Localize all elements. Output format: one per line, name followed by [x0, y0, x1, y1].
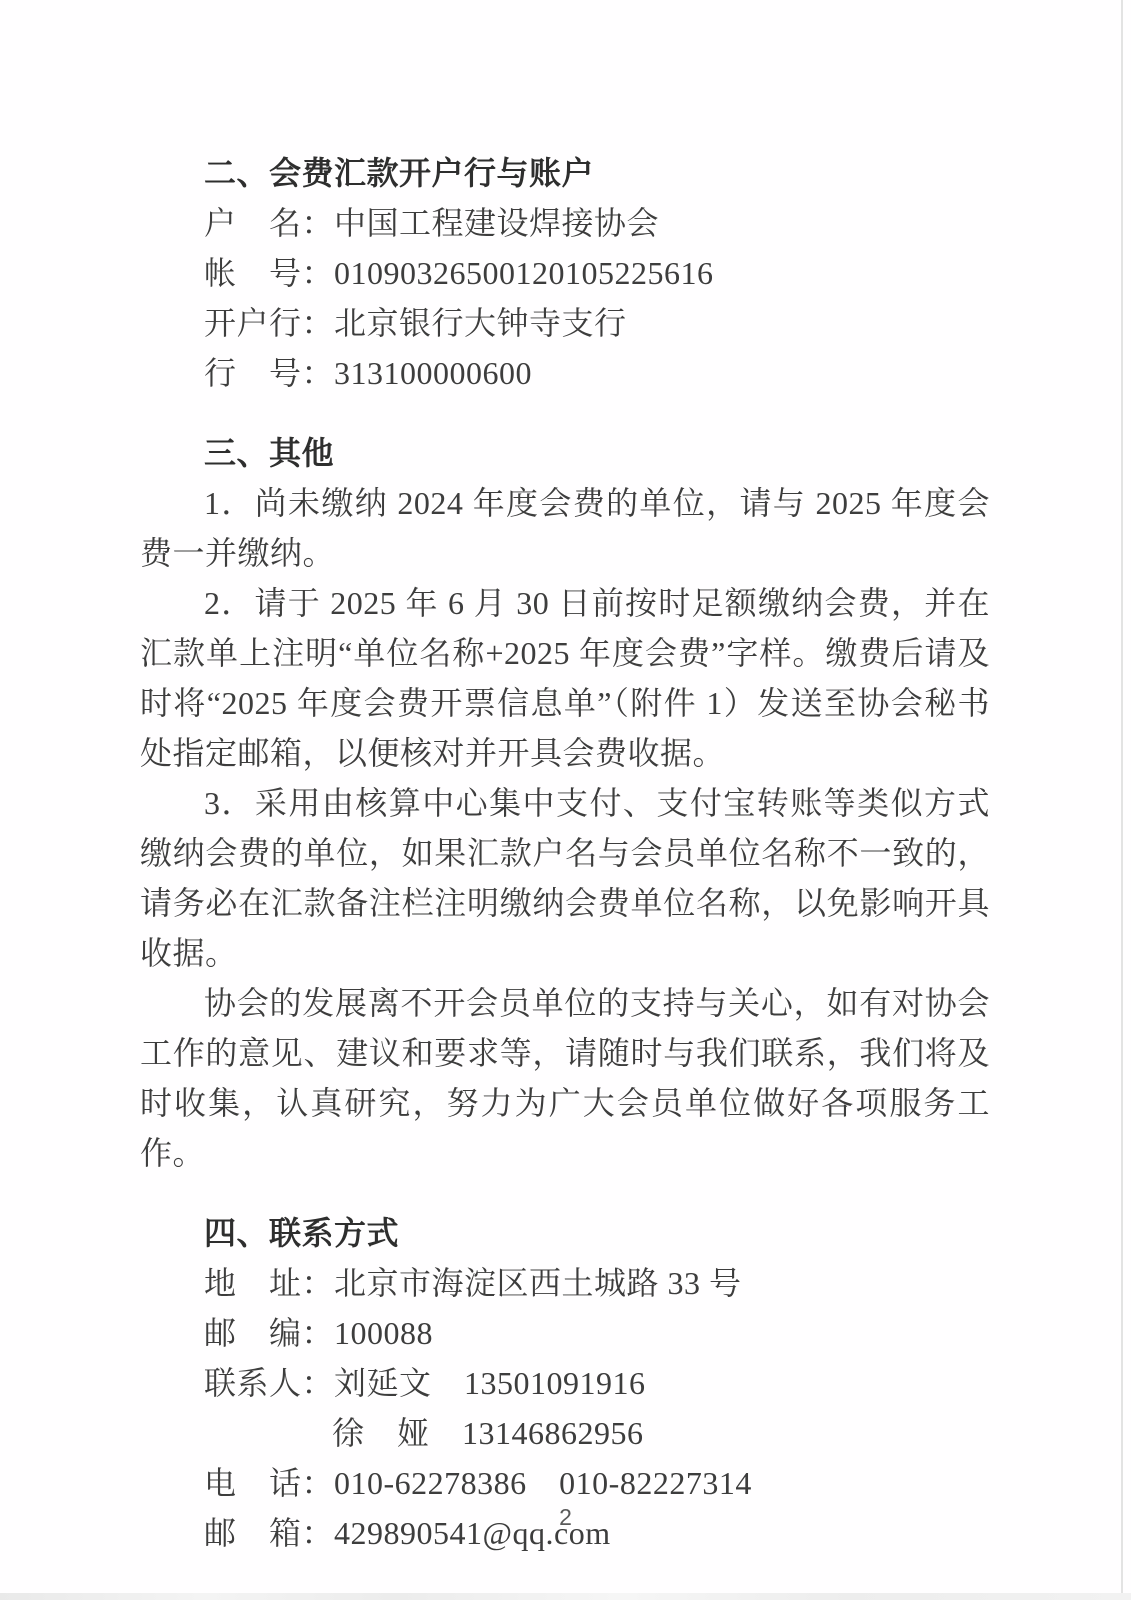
document-content: 二、会费汇款开户行与账户 户 名：中国工程建设焊接协会 帐 号：01090326…	[140, 148, 990, 1558]
paragraph-item-3: 3．采用由核算中心集中支付、支付宝转账等类似方式缴纳会费的单位，如果汇款户名与会…	[140, 778, 990, 978]
address-label: 地 址：	[204, 1258, 334, 1308]
postal-code-value: 100088	[334, 1315, 433, 1351]
field-row-account-name: 户 名：中国工程建设焊接协会	[140, 198, 990, 248]
postal-code-label: 邮 编：	[204, 1308, 334, 1358]
address-value: 北京市海淀区西土城路 33 号	[334, 1265, 742, 1301]
field-row-telephone: 电 话：010-62278386 010-82227314	[140, 1458, 990, 1508]
bank-code-value: 313100000600	[334, 355, 532, 391]
contact-person-label: 联系人：	[204, 1358, 334, 1408]
field-row-address: 地 址：北京市海淀区西土城路 33 号	[140, 1258, 990, 1308]
paragraph-item-2: 2．请于 2025 年 6 月 30 日前按时足额缴纳会费，并在汇款单上注明“单…	[140, 578, 990, 778]
account-number-label: 帐 号：	[204, 248, 334, 298]
contact-person-1-value: 刘延文 13501091916	[334, 1365, 646, 1401]
bank-code-label: 行 号：	[204, 348, 334, 398]
telephone-value: 010-62278386 010-82227314	[334, 1465, 752, 1501]
account-name-label: 户 名：	[204, 198, 334, 248]
contact-person-2-value: 徐 娅 13146862956	[332, 1415, 644, 1451]
bank-branch-label: 开户行：	[204, 298, 334, 348]
document-page: 二、会费汇款开户行与账户 户 名：中国工程建设焊接协会 帐 号：01090326…	[0, 0, 1131, 1600]
section-heading-other: 三、其他	[140, 428, 990, 478]
paragraph-closing: 协会的发展离不开会员单位的支持与关心，如有对协会工作的意见、建议和要求等，请随时…	[140, 978, 990, 1178]
field-row-bank-branch: 开户行：北京银行大钟寺支行	[140, 298, 990, 348]
account-name-value: 中国工程建设焊接协会	[334, 205, 659, 241]
account-number-value: 01090326500120105225616	[334, 255, 714, 291]
bank-branch-value: 北京银行大钟寺支行	[334, 305, 627, 341]
section-heading-contact: 四、联系方式	[140, 1208, 990, 1258]
scan-edge-right-artifact	[1121, 0, 1123, 1600]
scan-edge-bottom-artifact	[0, 1593, 1131, 1600]
field-row-account-number: 帐 号：01090326500120105225616	[140, 248, 990, 298]
field-row-contact-person-1: 联系人：刘延文 13501091916	[140, 1358, 990, 1408]
field-row-contact-person-2: 徐 娅 13146862956	[140, 1408, 990, 1458]
page-number: 2	[0, 1502, 1131, 1532]
field-row-postal-code: 邮 编：100088	[140, 1308, 990, 1358]
paragraph-item-1: 1．尚未缴纳 2024 年度会费的单位，请与 2025 年度会费一并缴纳。	[140, 478, 990, 578]
section-heading-bank-account: 二、会费汇款开户行与账户	[140, 148, 990, 198]
field-row-bank-code: 行 号：313100000600	[140, 348, 990, 398]
telephone-label: 电 话：	[204, 1458, 334, 1508]
